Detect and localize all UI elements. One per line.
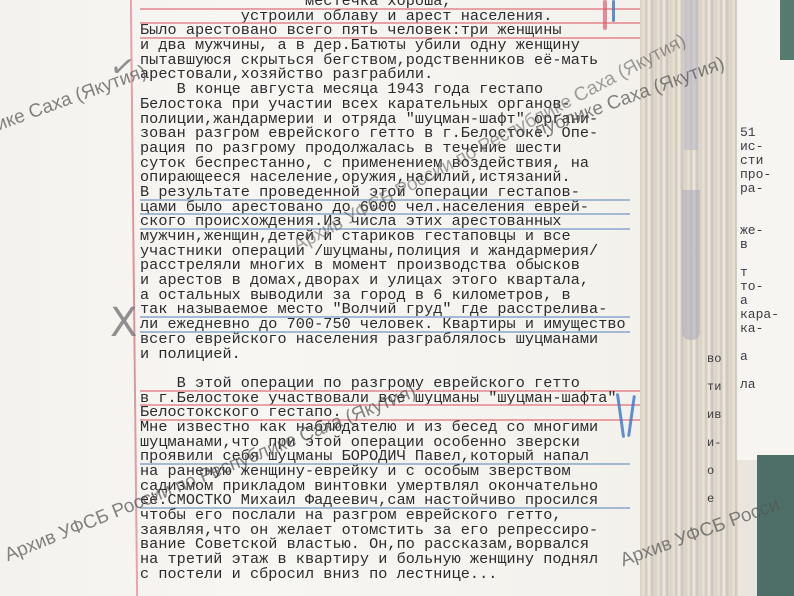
green-folder-edge [757, 455, 794, 596]
handwritten-x-mark: X [110, 300, 137, 346]
green-folder-edge [780, 0, 794, 60]
stack-shadow [682, 190, 700, 340]
typed-line: и полицией. [140, 347, 640, 362]
blue-pencil-mark [612, 0, 615, 22]
typed-text-body: местечка хороша, устроили облаву и арест… [140, 0, 640, 582]
red-pencil-mark [603, 0, 607, 30]
typed-line: с постели и сбросил вниз по лестнице... [140, 567, 640, 582]
adjacent-page-text: 51 ис- сти про- ра- же- в т то- а кара- … [740, 126, 794, 392]
adjacent-page-text-2: во ти ив и- о е [707, 352, 737, 506]
